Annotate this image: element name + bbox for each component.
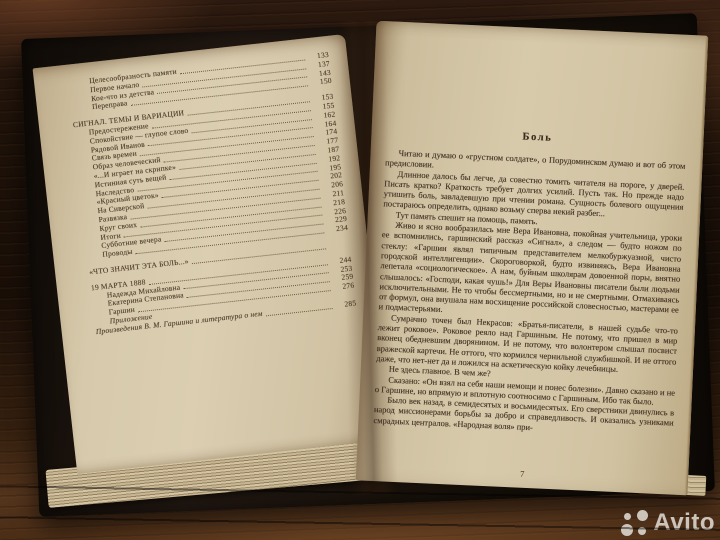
toc-page-number: 150: [310, 77, 332, 88]
page-number: 7: [356, 461, 688, 486]
toc-page-number: 285: [335, 299, 357, 310]
watermark-brand: Avito: [653, 509, 715, 537]
open-book: Целесообразность памяти133Первое начало1…: [0, 0, 720, 540]
left-page: Целесообразность памяти133Первое начало1…: [33, 34, 390, 474]
avito-watermark: Avito: [621, 509, 715, 537]
avito-logo-dot: [624, 513, 631, 520]
toc-item-label: Переправа: [92, 100, 128, 113]
toc-page-number: [329, 248, 350, 250]
book-photo-scene: Целесообразность памяти133Первое начало1…: [0, 0, 720, 540]
toc-leader-dots: [266, 307, 333, 315]
avito-logo-icon: [621, 510, 648, 537]
toc-item-label: Проводы: [102, 248, 133, 260]
avito-logo-dot: [638, 527, 646, 535]
right-page: Боль Читаю и думаю о «грустном солдате»,…: [356, 21, 709, 496]
body-paragraph: Живо и ясно вообразилась мне Вера Иванов…: [378, 219, 682, 325]
avito-logo-dot: [621, 524, 633, 536]
chapter-body-text: Читаю и думаю о «грустном солдате», о По…: [358, 147, 702, 440]
chapter-heading: Боль: [371, 125, 703, 151]
toc-page-number: 234: [327, 224, 349, 235]
avito-logo-dot: [637, 510, 648, 521]
table-of-contents: Целесообразность памяти133Первое начало1…: [33, 34, 375, 340]
